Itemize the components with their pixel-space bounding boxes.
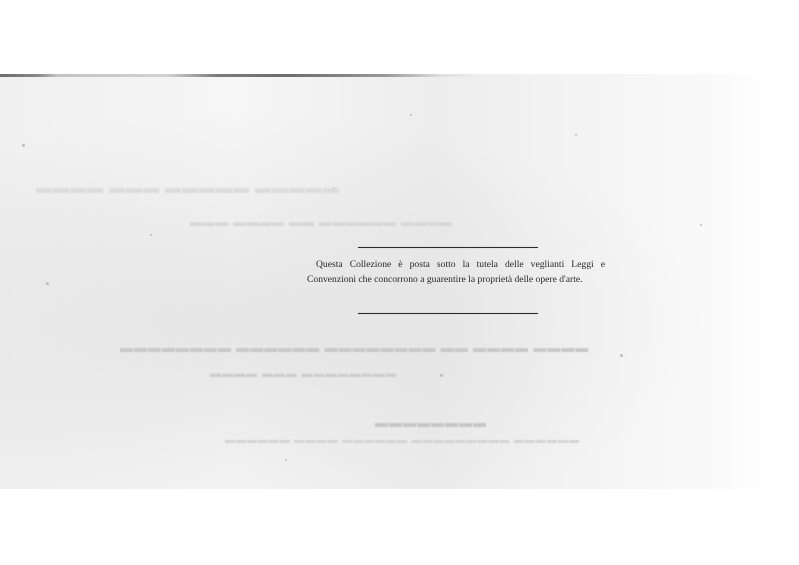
paper-speck <box>22 144 25 147</box>
show-through-text: ▬▬▬▬▬▬ ▬▬▬▬ ▬▬▬▬▬▬ ▬▬▬▬▬▬▬▬▬ ▬▬▬▬▬▬ <box>225 435 580 446</box>
page-top-edge <box>0 74 480 77</box>
paper-speck <box>46 282 49 285</box>
divider-rule-bottom <box>358 313 538 314</box>
paper-speck <box>575 134 577 136</box>
show-through-text: ▬▬▬▬ ▬▬▬ ▬▬▬▬▬ ▬▬▬▬▬ <box>36 180 340 198</box>
show-through-text: ▬▬▬▬▬▬▬▬ <box>375 415 487 431</box>
show-through-text: ▬▬▬▬ ▬▬▬ ▬▬▬▬▬▬▬▬ <box>210 368 398 380</box>
show-through-text: ▬▬▬ ▬▬▬▬ ▬▬ ▬▬▬▬▬▬ ▬▬▬▬ <box>190 215 453 230</box>
divider-rule-top <box>358 247 538 248</box>
scanned-page: ▬▬▬▬ ▬▬▬ ▬▬▬▬▬ ▬▬▬▬▬ ▬▬▬ ▬▬▬▬ ▬▬ ▬▬▬▬▬▬ … <box>0 0 799 565</box>
copyright-notice: Questa Collezione è posta sotto la tutel… <box>307 257 605 287</box>
paper-speck <box>700 224 702 226</box>
copyright-notice-text: Questa Collezione è posta sotto la tutel… <box>307 257 605 287</box>
paper-speck <box>440 374 443 377</box>
paper-speck <box>620 354 623 357</box>
paper-speck <box>410 114 412 116</box>
paper-speck <box>285 459 287 461</box>
show-through-text: ▬▬▬▬▬▬▬▬ ▬▬▬▬▬▬ ▬▬▬▬▬▬▬▬ ▬▬ ▬▬▬▬ ▬▬▬▬ <box>120 340 589 356</box>
paper-speck <box>150 234 152 236</box>
